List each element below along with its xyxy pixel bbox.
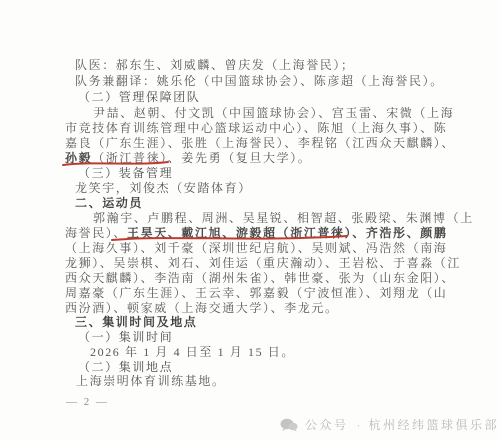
doc-line: 周嘉豪（广东生涯）、王云幸、郭嘉毅（宁波恒准）、刘翔龙（山: [65, 286, 447, 300]
doc-line: 西汾酒）、顿家威（上海交通大学）、李龙元。: [65, 301, 339, 315]
highlighted-name: 孙毅: [65, 151, 92, 165]
doc-line: 龙狮）、吴崇棋、刘石、刘佳运（重庆瀚动）、王岩松、于喜淼（江: [65, 256, 461, 270]
doc-line: （上海久事）、刘千豪（深圳世纪启航）、吴则斌、冯浩然（南海: [65, 241, 447, 255]
doc-section-heading: （一）集训时间: [78, 330, 173, 344]
doc-line: 嘉良（广东生涯）、张胜（上海誉民）、李程铭（江西众天麒麟）、: [65, 136, 455, 150]
doc-heading-schedule: 三、集训时间及地点: [75, 315, 197, 329]
doc-section-heading: （二）管理保障团队: [78, 90, 200, 104]
doc-line: 海誉民）、王昊天、戴江旭、游毅超（浙江普徕）、齐浩彤、颜鹏: [65, 226, 447, 240]
highlighted-club: （浙江普徕）、齐浩彤、颜鹏: [277, 226, 448, 240]
doc-line: 龙笑宇，刘俊杰（安踏体育）: [75, 181, 252, 195]
highlighted-names: 王昊天、戴江旭、游毅超: [127, 226, 277, 240]
page-number: — 2 —: [66, 396, 109, 408]
footer-brand-name: 杭州经纬篮球俱乐部: [369, 416, 500, 433]
doc-section-heading: （三）装备管理: [78, 166, 173, 180]
doc-line: 郭瀚宇、卢鹏程、周洲、吴星锐、相智超、张殿梁、朱渊博（上: [93, 211, 474, 225]
footer-watermark: 公众号·杭州经纬篮球俱乐部: [280, 416, 499, 433]
doc-line: 孙毅（浙江普徕）、姜先勇（复旦大学）。: [65, 151, 311, 165]
doc-line-dates: 2026 年 1 月 4 日至 1 月 15 日。: [90, 345, 295, 359]
doc-line: 队医：郝东生、刘威麟、曾庆发（上海誉民）；: [75, 58, 355, 72]
doc-heading-athletes: 二、运动员: [75, 196, 143, 210]
doc-line: 西众天麒麟）、李浩南（湖州朱雀）、韩世豪、张为（山东金阳）、: [65, 271, 455, 285]
wechat-icon: [280, 418, 298, 432]
doc-line-text: 海誉民）、: [65, 226, 127, 240]
doc-section-heading: （二）集训地点: [78, 360, 173, 374]
scanned-document-page: 队医：郝东生、刘威麟、曾庆发（上海誉民）； 队务兼翻译：姚乐伦（中国篮球协会）、…: [0, 0, 500, 440]
doc-line: 市竞技体育训练管理中心篮球运动中心）、陈旭（上海久事）、陈: [65, 121, 447, 135]
doc-line: 尹喆、赵朝、付文凯（中国篮球协会）、宫玉雷、宋微（上海: [93, 106, 454, 120]
doc-line: 队务兼翻译：姚乐伦（中国篮球协会）、陈彦超（上海誉民）。: [75, 74, 444, 88]
doc-line-location: 上海崇明体育训练基地。: [76, 374, 226, 388]
footer-separator: ·: [357, 418, 361, 432]
footer-label: 公众号: [305, 416, 349, 433]
doc-line-text: （浙江普徕）、姜先勇（复旦大学）。: [92, 151, 311, 165]
